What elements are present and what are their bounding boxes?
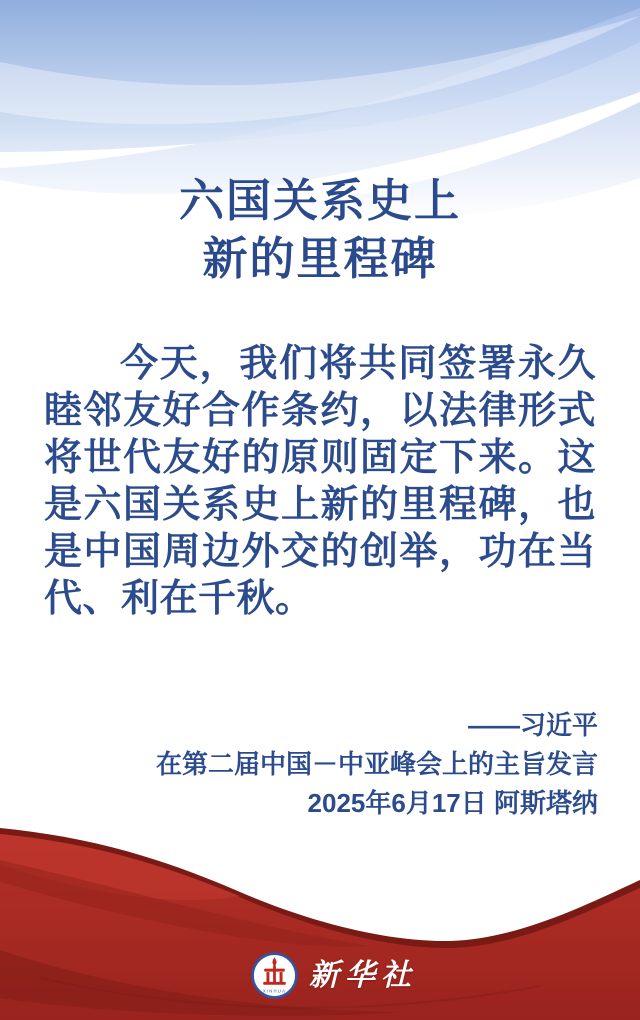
- poster-title: 六国关系史上 新的里程碑: [0, 172, 640, 288]
- quote-poster: 六国关系史上 新的里程碑 今天，我们将共同签署永久睦邻友好合作条约，以法律形式将…: [0, 0, 640, 1020]
- poster-title-line2: 新的里程碑: [0, 230, 640, 288]
- attribution-author: ——习近平: [42, 706, 598, 745]
- attribution-occasion: 在第二届中国－中亚峰会上的主旨发言: [42, 745, 598, 784]
- logo-xinhua-caption: XINHUA: [263, 989, 286, 994]
- attribution-date-location: 2025年6月17日 阿斯塔纳: [42, 784, 598, 823]
- xinhua-emblem-icon: XINHUA: [251, 952, 298, 999]
- xinhua-logo-lockup: XINHUA 新华社: [251, 952, 417, 999]
- agency-name: 新华社: [309, 952, 417, 999]
- poster-title-line1: 六国关系史上: [0, 172, 640, 230]
- attribution-block: ——习近平 在第二届中国－中亚峰会上的主旨发言 2025年6月17日 阿斯塔纳: [42, 706, 598, 823]
- quote-body: 今天，我们将共同签署永久睦邻友好合作条约，以法律形式将世代友好的原则固定下来。这…: [44, 341, 596, 623]
